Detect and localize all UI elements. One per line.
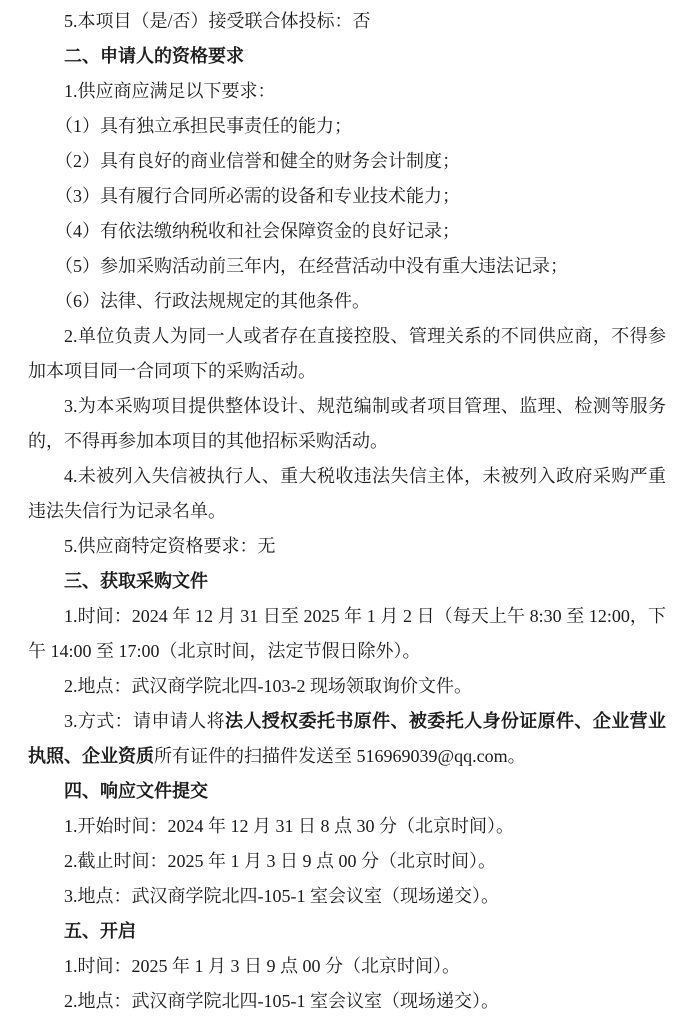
para-requirement-4: （4）有依法缴纳税收和社会保障资金的良好记录； <box>28 214 666 249</box>
para-supplier-requirements-intro: 1.供应商应满足以下要求： <box>28 74 666 109</box>
para-submission-start-time: 1.开始时间：2024 年 12 月 31 日 8 点 30 分（北京时间）。 <box>28 809 666 844</box>
para-opening-time: 1.时间：2025 年 1 月 3 日 9 点 00 分（北京时间）。 <box>28 949 666 984</box>
para-requirement-1: （1）具有独立承担民事责任的能力； <box>28 109 666 144</box>
para-opening-location: 2.地点：武汉商学院北四-105-1 室会议室（现场递交）。 <box>28 984 666 1019</box>
heading-opening: 五、开启 <box>28 914 666 949</box>
obtain-method-prefix: 3.方式：请申请人将 <box>64 711 225 731</box>
obtain-method-suffix-with-email: 所有证件的扫描件发送至 516969039@qq.com。 <box>154 746 526 766</box>
para-submission-location: 3.地点：武汉商学院北四-105-1 室会议室（现场递交）。 <box>28 879 666 914</box>
para-dishonest-list-restriction: 4.未被列入失信被执行人、重大税收违法失信主体，未被列入政府采购严重违法失信行为… <box>28 459 666 529</box>
heading-applicant-qualifications: 二、申请人的资格要求 <box>28 39 666 74</box>
para-obtain-time: 1.时间：2024 年 12 月 31 日至 2025 年 1 月 2 日（每天… <box>28 599 666 669</box>
para-same-legal-rep-restriction: 2.单位负责人为同一人或者存在直接控股、管理关系的不同供应商，不得参加本项目同一… <box>28 319 666 389</box>
para-design-service-restriction: 3.为本采购项目提供整体设计、规范编制或者项目管理、监理、检测等服务的，不得再参… <box>28 389 666 459</box>
para-requirement-5: （5）参加采购活动前三年内，在经营活动中没有重大违法记录； <box>28 249 666 284</box>
heading-response-submission: 四、响应文件提交 <box>28 774 666 809</box>
para-obtain-location: 2.地点：武汉商学院北四-103-2 现场领取询价文件。 <box>28 669 666 704</box>
para-joint-bid-answer: 5.本项目（是/否）接受联合体投标：否 <box>28 4 666 39</box>
para-requirement-2: （2）具有良好的商业信誉和健全的财务会计制度； <box>28 144 666 179</box>
para-requirement-6: （6）法律、行政法规规定的其他条件。 <box>28 284 666 319</box>
para-submission-deadline: 2.截止时间：2025 年 1 月 3 日 9 点 00 分（北京时间）。 <box>28 844 666 879</box>
para-specific-qualification: 5.供应商特定资格要求：无 <box>28 529 666 564</box>
para-requirement-3: （3）具有履行合同所必需的设备和专业技术能力； <box>28 179 666 214</box>
para-obtain-method: 3.方式：请申请人将法人授权委托书原件、被委托人身份证原件、企业营业执照、企业资… <box>28 704 666 774</box>
document-page: 5.本项目（是/否）接受联合体投标：否 二、申请人的资格要求 1.供应商应满足以… <box>0 0 694 1025</box>
heading-obtain-documents: 三、获取采购文件 <box>28 564 666 599</box>
